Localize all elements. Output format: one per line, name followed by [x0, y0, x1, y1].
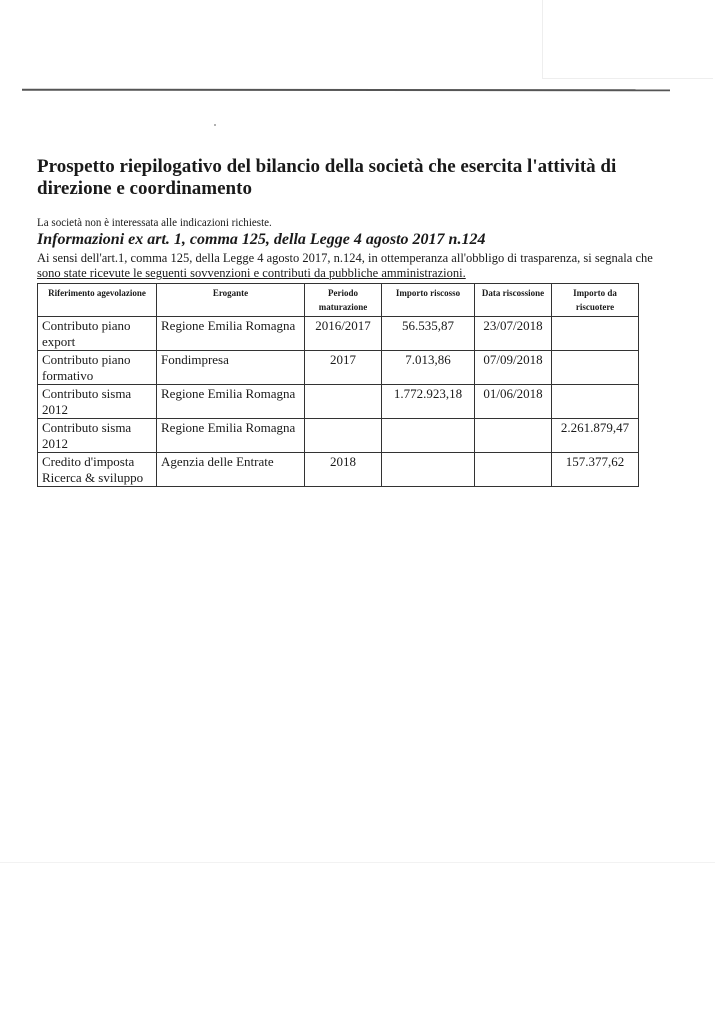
cell-importo-da-riscuotere: 2.261.879,47 — [552, 419, 639, 453]
table-row: Credito d'imposta Ricerca & sviluppoAgen… — [38, 453, 639, 487]
paragraph-line-2: sono state ricevute le seguenti sovvenzi… — [37, 266, 466, 280]
cell-importo-riscosso — [382, 419, 475, 453]
intro-paragraph: Ai sensi dell'art.1, comma 125, della Le… — [37, 251, 667, 281]
cell-erogante: Regione Emilia Romagna — [157, 317, 305, 351]
cell-erogante: Agenzia delle Entrate — [157, 453, 305, 487]
scan-artifact — [542, 0, 713, 79]
cell-importo-da-riscuotere: 157.377,62 — [552, 453, 639, 487]
cell-periodo: 2018 — [305, 453, 382, 487]
paragraph-line-1: Ai sensi dell'art.1, comma 125, della Le… — [37, 251, 667, 266]
cell-riferimento: Contributo sisma 2012 — [38, 385, 157, 419]
cell-importo-da-riscuotere — [552, 317, 639, 351]
cell-riferimento: Contributo piano export — [38, 317, 157, 351]
cell-periodo — [305, 385, 382, 419]
header-riferimento: Riferimento agevolazione — [38, 284, 157, 317]
cell-riferimento: Credito d'imposta Ricerca & sviluppo — [38, 453, 157, 487]
header-importo-riscosso: Importo riscosso — [382, 284, 475, 317]
table-row: Contributo sisma 2012Regione Emilia Roma… — [38, 419, 639, 453]
cell-importo-riscosso: 7.013,86 — [382, 351, 475, 385]
scan-speck — [214, 124, 216, 126]
cell-data-riscossione: 07/09/2018 — [475, 351, 552, 385]
cell-data-riscossione — [475, 419, 552, 453]
cell-erogante: Regione Emilia Romagna — [157, 385, 305, 419]
cell-data-riscossione: 23/07/2018 — [475, 317, 552, 351]
cell-data-riscossione: 01/06/2018 — [475, 385, 552, 419]
table-row: Contributo sisma 2012Regione Emilia Roma… — [38, 385, 639, 419]
cell-periodo — [305, 419, 382, 453]
section-heading: Informazioni ex art. 1, comma 125, della… — [37, 231, 485, 249]
cell-riferimento: Contributo sisma 2012 — [38, 419, 157, 453]
cell-importo-da-riscuotere — [552, 385, 639, 419]
cell-importo-riscosso: 1.772.923,18 — [382, 385, 475, 419]
header-erogante: Erogante — [157, 284, 305, 317]
cell-importo-riscosso — [382, 453, 475, 487]
subsidies-table: Riferimento agevolazione Erogante Period… — [37, 283, 639, 487]
header-data-riscossione: Data riscossione — [475, 284, 552, 317]
cell-importo-da-riscuotere — [552, 351, 639, 385]
note-text: La società non è interessata alle indica… — [37, 215, 272, 230]
header-importo-da-riscuotere: Importo da riscuotere — [552, 284, 639, 317]
table-row: Contributo piano exportRegione Emilia Ro… — [38, 317, 639, 351]
cell-erogante: Regione Emilia Romagna — [157, 419, 305, 453]
header-periodo: Periodo maturazione — [305, 284, 382, 317]
cell-importo-riscosso: 56.535,87 — [382, 317, 475, 351]
page-title: Prospetto riepilogativo del bilancio del… — [37, 156, 657, 200]
cell-erogante: Fondimpresa — [157, 351, 305, 385]
show-through-artifact — [0, 862, 715, 863]
cell-periodo: 2017 — [305, 351, 382, 385]
cell-riferimento: Contributo piano formativo — [38, 351, 157, 385]
cell-periodo: 2016/2017 — [305, 317, 382, 351]
cell-data-riscossione — [475, 453, 552, 487]
table-header-row: Riferimento agevolazione Erogante Period… — [38, 284, 639, 317]
table-row: Contributo piano formativoFondimpresa201… — [38, 351, 639, 385]
header-rule — [22, 89, 670, 92]
